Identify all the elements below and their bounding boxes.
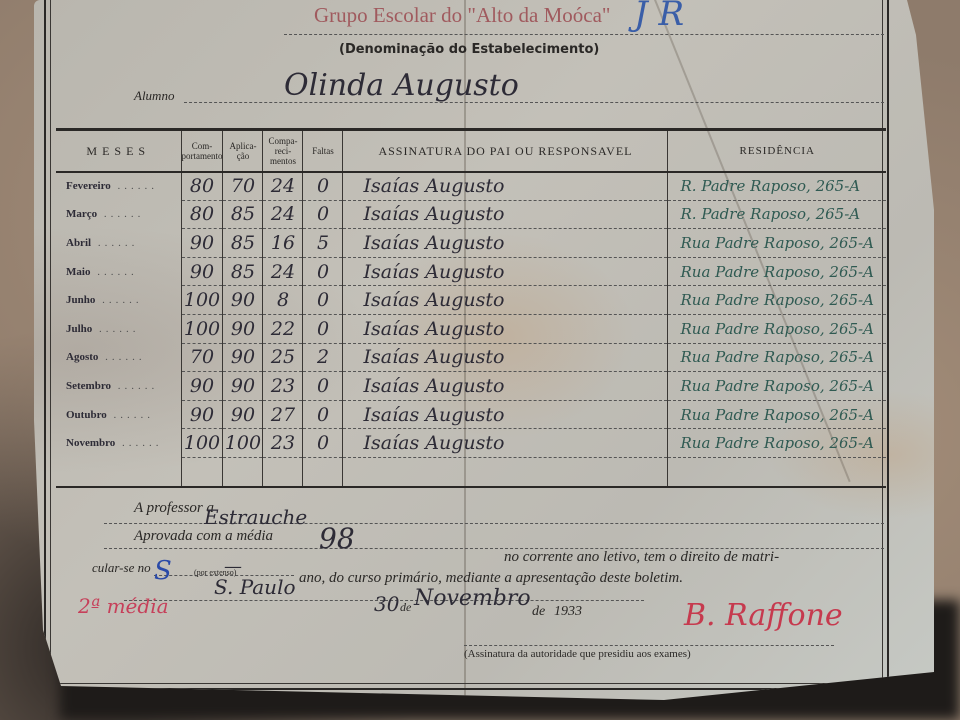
- leader-dots: ......: [111, 380, 158, 392]
- application-cell: 90: [223, 372, 263, 401]
- absences-value: 0: [317, 203, 329, 225]
- residence-value: Rua Padre Raposo, 265-A: [680, 291, 873, 309]
- absences-cell: 0: [303, 314, 343, 343]
- date-day: 30: [374, 592, 399, 616]
- residence-value: Rua Padre Raposo, 265-A: [680, 234, 873, 252]
- signature-cell: Isaías Augusto: [343, 257, 668, 286]
- month-cell: Junho ......: [56, 286, 181, 315]
- blue-ink-mark: S: [154, 556, 172, 586]
- absences-cell: 2: [303, 343, 343, 372]
- month-value: Outubro: [66, 409, 107, 421]
- leader-dots: ......: [98, 351, 145, 363]
- attendance-cell: 8: [263, 286, 303, 315]
- behavior-cell: 80: [181, 172, 223, 201]
- col-behavior: Com-portamento: [181, 130, 223, 172]
- signature-value: Isaías Augusto: [363, 404, 504, 426]
- col-attendance: Compa-reci-mentos: [263, 130, 303, 172]
- application-value: 85: [231, 203, 255, 225]
- empty-cell: [263, 457, 303, 487]
- student-label: Alumno: [134, 88, 174, 104]
- signature-value: Isaías Augusto: [363, 432, 504, 454]
- residence-value: R. Padre Raposo, 265-A: [680, 177, 860, 195]
- empty-cell: [303, 457, 343, 487]
- approved-label: Aprovada com a média: [134, 528, 273, 545]
- teacher-label: A professor a: [134, 500, 214, 517]
- date-de-2: de: [532, 604, 545, 620]
- school-name: Grupo Escolar do "Alto da Moóca": [314, 3, 611, 28]
- residence-value: Rua Padre Raposo, 265-A: [680, 377, 873, 395]
- behavior-value: 100: [184, 289, 220, 311]
- application-value: 85: [231, 261, 255, 283]
- application-cell: 85: [223, 257, 263, 286]
- attendance-cell: 24: [263, 172, 303, 201]
- month-value: Setembro: [66, 380, 111, 392]
- table-row: Março ......8085240Isaías AugustoR. Padr…: [56, 200, 886, 229]
- month-cell: Setembro ......: [56, 372, 181, 401]
- empty-cell: [343, 457, 668, 487]
- course-text: ano, do curso primário, mediante a apres…: [299, 570, 683, 587]
- table-row: Maio ......9085240Isaías AugustoRua Padr…: [56, 257, 886, 286]
- signature-cell: Isaías Augusto: [343, 314, 668, 343]
- attendance-cell: 24: [263, 257, 303, 286]
- month-value: Abril: [66, 237, 91, 249]
- attendance-cell: 23: [263, 372, 303, 401]
- residence-cell: R. Padre Raposo, 265-A: [668, 200, 886, 229]
- teacher-name: Estrauche: [204, 505, 307, 529]
- residence-cell: Rua Padre Raposo, 265-A: [668, 257, 886, 286]
- signature-cell: Isaías Augusto: [343, 372, 668, 401]
- residence-cell: Rua Padre Raposo, 265-A: [668, 314, 886, 343]
- signature-cell: Isaías Augusto: [343, 400, 668, 429]
- residence-value: Rua Padre Raposo, 265-A: [680, 320, 873, 338]
- leader-dots: ......: [115, 437, 162, 449]
- col-absences: Faltas: [303, 130, 343, 172]
- signature-cell: Isaías Augusto: [343, 429, 668, 458]
- attendance-cell: 22: [263, 314, 303, 343]
- empty-cell: [181, 457, 223, 487]
- behavior-value: 90: [190, 375, 214, 397]
- monthly-grades-table: MESES Com-portamento Aplica-ção Compa-re…: [56, 128, 886, 488]
- behavior-value: 80: [190, 175, 214, 197]
- residence-cell: Rua Padre Raposo, 265-A: [668, 400, 886, 429]
- behavior-value: 100: [184, 318, 220, 340]
- application-value: 90: [231, 289, 255, 311]
- attendance-cell: 23: [263, 429, 303, 458]
- application-value: 90: [231, 404, 255, 426]
- behavior-cell: 100: [181, 429, 223, 458]
- signature-value: Isaías Augusto: [363, 346, 504, 368]
- application-cell: 90: [223, 400, 263, 429]
- leader-dots: ......: [90, 266, 137, 278]
- table-row: Setembro ......9090230Isaías AugustoRua …: [56, 372, 886, 401]
- table-row: Agosto ......7090252Isaías AugustoRua Pa…: [56, 343, 886, 372]
- col-months: MESES: [56, 130, 181, 172]
- application-value: 85: [231, 232, 255, 254]
- month-value: Maio: [66, 266, 90, 278]
- behavior-cell: 90: [181, 257, 223, 286]
- month-value: Junho: [66, 294, 95, 306]
- table-row: Junho ......1009080Isaías AugustoRua Pad…: [56, 286, 886, 315]
- col-signature: ASSINATURA DO PAI OU RESPONSAVEL: [343, 130, 668, 172]
- leader-dots: ......: [95, 294, 142, 306]
- signature-cell: Isaías Augusto: [343, 229, 668, 258]
- residence-cell: R. Padre Raposo, 265-A: [668, 172, 886, 201]
- red-note: 2ª média: [78, 594, 169, 618]
- month-cell: Julho ......: [56, 314, 181, 343]
- absences-value: 0: [317, 261, 329, 283]
- signature-cell: Isaías Augusto: [343, 172, 668, 201]
- attendance-value: 22: [271, 318, 295, 340]
- absences-cell: 0: [303, 286, 343, 315]
- attendance-value: 24: [271, 175, 295, 197]
- application-value: 90: [231, 375, 255, 397]
- absences-value: 0: [317, 318, 329, 340]
- residence-value: Rua Padre Raposo, 265-A: [680, 434, 873, 452]
- approval-text: no corrente ano letivo, tem o direito de…: [504, 549, 779, 566]
- residence-value: R. Padre Raposo, 265-A: [680, 205, 860, 223]
- empty-cell: [668, 457, 886, 487]
- month-cell: Fevereiro ......: [56, 172, 181, 201]
- attendance-value: 27: [271, 404, 295, 426]
- residence-value: Rua Padre Raposo, 265-A: [680, 263, 873, 281]
- residence-value: Rua Padre Raposo, 265-A: [680, 406, 873, 424]
- behavior-value: 70: [190, 346, 214, 368]
- date-year: 1933: [554, 604, 582, 620]
- month-value: Agosto: [66, 351, 98, 363]
- absences-cell: 0: [303, 172, 343, 201]
- application-cell: 100: [223, 429, 263, 458]
- absences-cell: 0: [303, 257, 343, 286]
- table-header-row: MESES Com-portamento Aplica-ção Compa-re…: [56, 130, 886, 172]
- month-cell: Abril ......: [56, 229, 181, 258]
- empty-cell: [56, 457, 181, 487]
- attendance-value: 23: [271, 432, 295, 454]
- signature-value: Isaías Augusto: [363, 289, 504, 311]
- attendance-cell: 16: [263, 229, 303, 258]
- student-name: Olinda Augusto: [284, 68, 519, 103]
- behavior-cell: 70: [181, 343, 223, 372]
- application-cell: 90: [223, 286, 263, 315]
- attendance-value: 24: [271, 203, 295, 225]
- signature-value: Isaías Augusto: [363, 261, 504, 283]
- month-cell: Outubro ......: [56, 400, 181, 429]
- application-cell: 85: [223, 229, 263, 258]
- behavior-cell: 90: [181, 400, 223, 429]
- absences-cell: 0: [303, 429, 343, 458]
- application-value: 90: [231, 318, 255, 340]
- school-caption: (Denominação do Estabelecimento): [339, 42, 599, 57]
- authority-signature: B. Raffone: [684, 598, 843, 633]
- attendance-value: 24: [271, 261, 295, 283]
- attendance-value: 16: [271, 232, 295, 254]
- table-row: Fevereiro ......8070240Isaías AugustoR. …: [56, 172, 886, 201]
- residence-cell: Rua Padre Raposo, 265-A: [668, 343, 886, 372]
- behavior-value: 80: [190, 203, 214, 225]
- application-value: 90: [231, 346, 255, 368]
- behavior-value: 100: [184, 432, 220, 454]
- month-cell: Agosto ......: [56, 343, 181, 372]
- application-cell: 85: [223, 200, 263, 229]
- ink-initials: J R: [634, 0, 684, 34]
- absences-cell: 0: [303, 372, 343, 401]
- signature-value: Isaías Augusto: [363, 175, 504, 197]
- residence-cell: Rua Padre Raposo, 265-A: [668, 229, 886, 258]
- authority-caption: (Assinatura da autoridade que presidiu a…: [464, 648, 691, 660]
- signature-value: Isaías Augusto: [363, 375, 504, 397]
- month-value: Julho: [66, 323, 92, 335]
- attendance-value: 23: [271, 375, 295, 397]
- attendance-value: 25: [271, 346, 295, 368]
- date-month: Novembro: [414, 586, 531, 611]
- signature-cell: Isaías Augusto: [343, 343, 668, 372]
- absences-value: 0: [317, 432, 329, 454]
- residence-value: Rua Padre Raposo, 265-A: [680, 348, 873, 366]
- attendance-cell: 27: [263, 400, 303, 429]
- behavior-cell: 100: [181, 314, 223, 343]
- application-value: 100: [225, 432, 261, 454]
- date-de-1: de: [400, 600, 411, 615]
- blank-row: [56, 457, 886, 487]
- signature-value: Isaías Augusto: [363, 203, 504, 225]
- leader-dots: ......: [111, 180, 158, 192]
- residence-cell: Rua Padre Raposo, 265-A: [668, 429, 886, 458]
- behavior-cell: 80: [181, 200, 223, 229]
- absences-value: 5: [317, 232, 329, 254]
- absences-cell: 5: [303, 229, 343, 258]
- behavior-value: 90: [190, 404, 214, 426]
- signature-cell: Isaías Augusto: [343, 286, 668, 315]
- application-value: 70: [231, 175, 255, 197]
- signature-value: Isaías Augusto: [363, 232, 504, 254]
- authority-line: [464, 645, 834, 646]
- school-underline: [284, 34, 884, 35]
- month-value: Março: [66, 208, 97, 220]
- final-average: 98: [319, 522, 355, 555]
- absences-value: 0: [317, 289, 329, 311]
- attendance-cell: 25: [263, 343, 303, 372]
- residence-cell: Rua Padre Raposo, 265-A: [668, 372, 886, 401]
- leader-dots: ......: [91, 237, 138, 249]
- month-cell: Maio ......: [56, 257, 181, 286]
- absences-cell: 0: [303, 400, 343, 429]
- application-cell: 90: [223, 314, 263, 343]
- month-cell: Março ......: [56, 200, 181, 229]
- table-row: Novembro ......100100230Isaías AugustoRu…: [56, 429, 886, 458]
- behavior-cell: 90: [181, 229, 223, 258]
- absences-value: 2: [317, 346, 329, 368]
- behavior-cell: 90: [181, 372, 223, 401]
- city: S. Paulo: [214, 575, 296, 599]
- leader-dots: ......: [107, 409, 154, 421]
- absences-value: 0: [317, 375, 329, 397]
- enroll-label: cular-se no: [92, 560, 151, 576]
- signature-cell: Isaías Augusto: [343, 200, 668, 229]
- month-value: Novembro: [66, 437, 115, 449]
- behavior-cell: 100: [181, 286, 223, 315]
- application-cell: 90: [223, 343, 263, 372]
- month-cell: Novembro ......: [56, 429, 181, 458]
- leader-dots: ......: [92, 323, 139, 335]
- residence-cell: Rua Padre Raposo, 265-A: [668, 286, 886, 315]
- signature-value: Isaías Augusto: [363, 318, 504, 340]
- behavior-value: 90: [190, 261, 214, 283]
- table-row: Abril ......9085165Isaías AugustoRua Pad…: [56, 229, 886, 258]
- application-cell: 70: [223, 172, 263, 201]
- col-residence: RESIDÊNCIA: [668, 130, 886, 172]
- absences-value: 0: [317, 404, 329, 426]
- absences-cell: 0: [303, 200, 343, 229]
- report-card: Grupo Escolar do "Alto da Moóca" J R (De…: [34, 0, 934, 700]
- behavior-value: 90: [190, 232, 214, 254]
- attendance-cell: 24: [263, 200, 303, 229]
- col-application: Aplica-ção: [223, 130, 263, 172]
- attendance-value: 8: [277, 289, 289, 311]
- leader-dots: ......: [97, 208, 144, 220]
- empty-cell: [223, 457, 263, 487]
- table-row: Outubro ......9090270Isaías AugustoRua P…: [56, 400, 886, 429]
- table-row: Julho ......10090220Isaías AugustoRua Pa…: [56, 314, 886, 343]
- month-value: Fevereiro: [66, 180, 111, 192]
- absences-value: 0: [317, 175, 329, 197]
